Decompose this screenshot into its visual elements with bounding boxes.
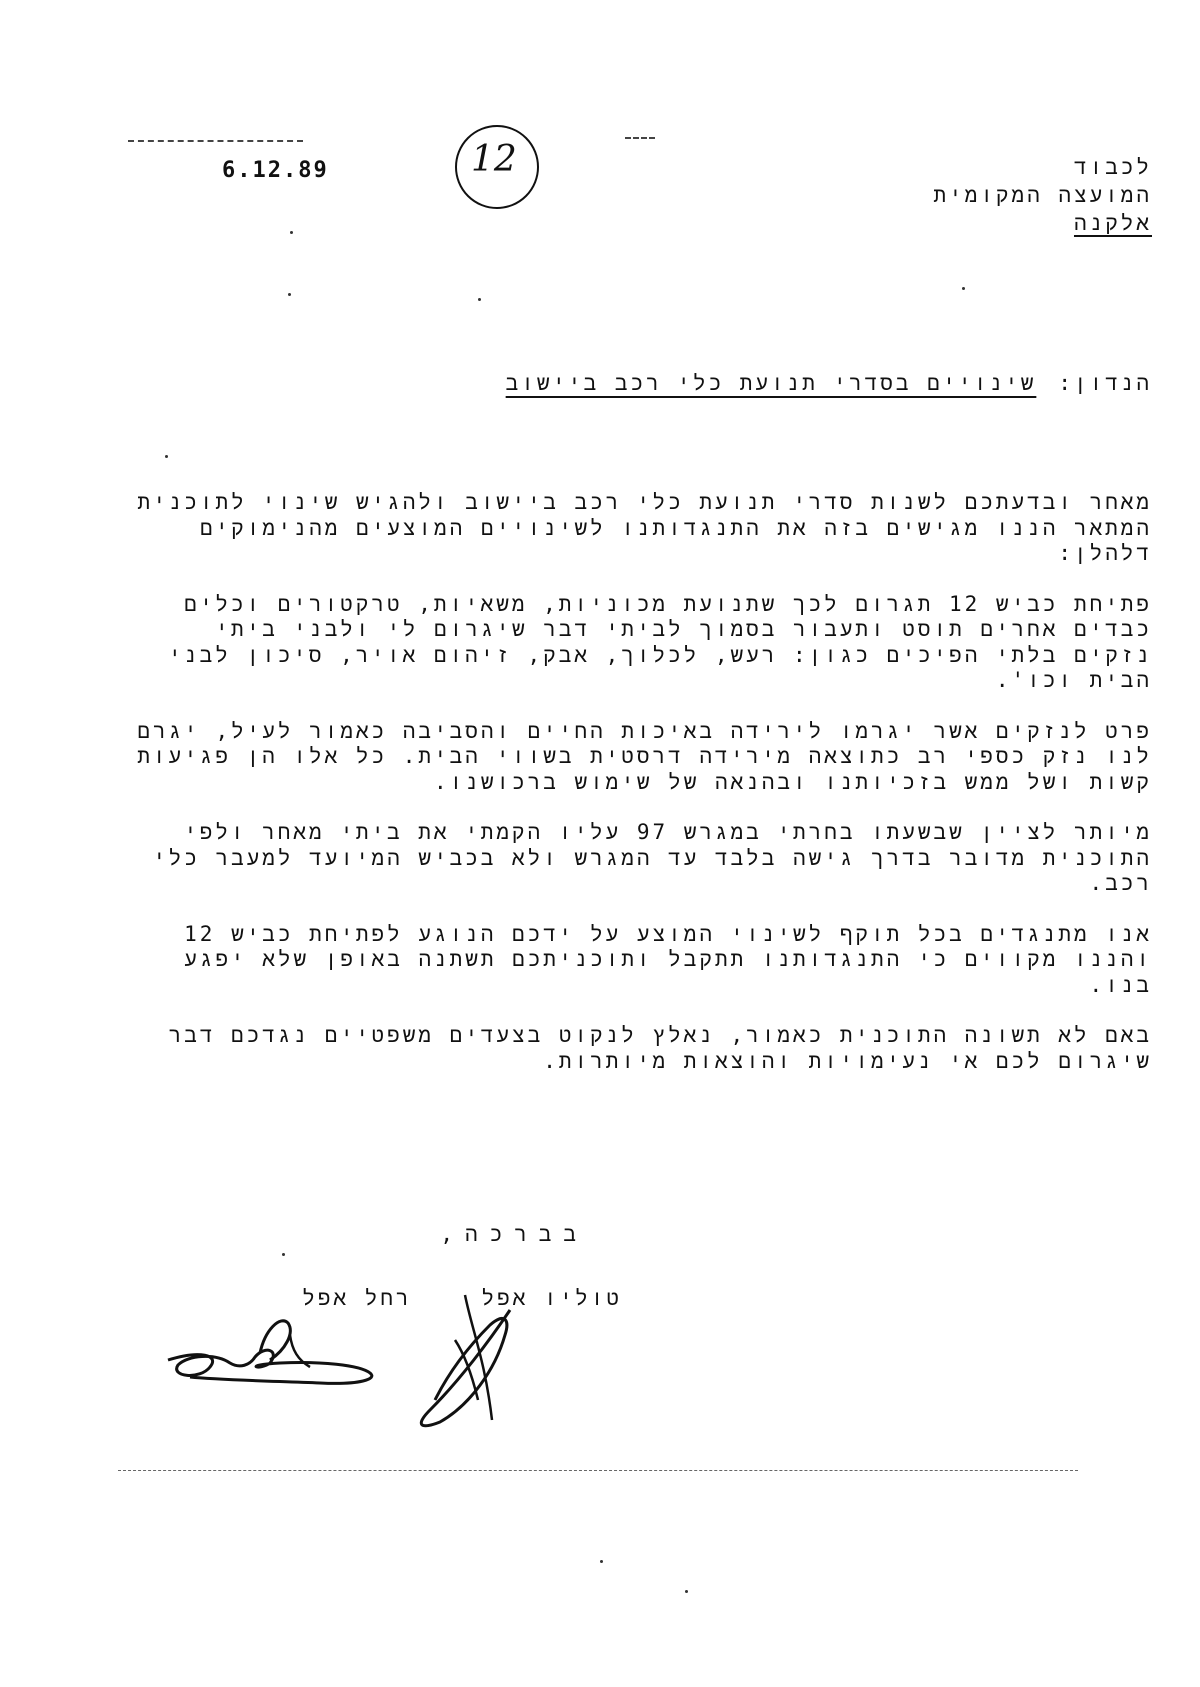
recipient-salutation: לכבוד [934,153,1152,181]
body-line: פרט לנזקים אשר יגרמו לירידה באיכות החיים… [232,719,1152,745]
signature-tulio [410,1290,530,1440]
scan-artifact-line [118,1470,1078,1472]
scan-speck [478,298,481,301]
scan-speck [962,287,965,290]
letter-date: 6.12.89 [222,158,329,183]
paragraph-1: מאחר ובדעתכם לשנות סדרי תנועת כלי רכב בי… [232,490,1152,567]
scan-speck [685,1590,688,1593]
subject-label: הנדון: [1058,371,1152,395]
paragraph-2: פתיחת כביש 12 תגרום לכך שתנועת מכוניות, … [232,592,1152,694]
paragraph-3: פרט לנזקים אשר יגרמו לירידה באיכות החיים… [232,719,1152,796]
body-line: נזקים בלתי הפיכים כגון: רעש, לכלוך, אבק,… [232,643,1152,669]
letter-body: מאחר ובדעתכם לשנות סדרי תנועת כלי רכב בי… [232,490,1152,1099]
scan-artifact-line [625,137,655,140]
closing-greeting: בברכה, [440,1222,588,1248]
body-line: רכב. [232,871,1152,897]
body-line: מיותר לציין שבשעתו בחרתי במגרש 97 עליו ה… [232,820,1152,846]
body-line: אנו מתנגדים בכל תוקף לשינוי המוצע על ידכ… [232,922,1152,948]
scan-speck [165,455,168,458]
subject-line: הנדון:שינויים בסדרי תנועת כלי רכב ביישוב [506,371,1152,397]
body-line: לנו נזק כספי רב כתוצאה מירידה דרסטית בשו… [232,744,1152,770]
body-line: המתאר הננו מגישים בזה את התנגדותנו לשינו… [232,516,1152,542]
subject-text: שינויים בסדרי תנועת כלי רכב ביישוב [506,371,1037,395]
body-line: בנו. [232,973,1152,999]
body-line: כבדים אחרים תוסט ותעבור בסמוך לביתי דבר … [232,617,1152,643]
scan-artifact-line [128,140,303,143]
scan-speck [290,231,293,234]
paragraph-6: באם לא תשונה התוכנית כאמור, נאלץ לנקוט ב… [232,1023,1152,1074]
signature-rachel [160,1305,390,1395]
body-line: מאחר ובדעתכם לשנות סדרי תנועת כלי רכב בי… [232,490,1152,516]
page-number-text: 12 [471,139,517,180]
handwritten-page-number: 12 [455,125,539,209]
body-line: הבית וכו'. [232,668,1152,694]
scan-speck [288,293,291,296]
recipient-block: לכבוד המועצה המקומית אלקנה [934,153,1152,237]
body-line: והננו מקווים כי התנגדותנו תתקבל ותוכניתכ… [232,947,1152,973]
recipient-locality: אלקנה [934,209,1152,237]
scan-speck [600,1560,603,1563]
body-line: באם לא תשונה התוכנית כאמור, נאלץ לנקוט ב… [232,1023,1152,1049]
recipient-organization: המועצה המקומית [934,181,1152,209]
body-line: קשות ושל ממש בזכיותנו ובהנאה של שימוש בר… [232,770,1152,796]
body-line: דלהלן: [232,541,1152,567]
body-line: פתיחת כביש 12 תגרום לכך שתנועת מכוניות, … [232,592,1152,618]
paragraph-5: אנו מתנגדים בכל תוקף לשינוי המוצע על ידכ… [232,922,1152,999]
body-line: התוכנית מדובר בדרך גישה בלבד עד המגרש ול… [232,846,1152,872]
body-line: שיגרום לכם אי נעימויות והוצאות מיותרות. [232,1049,1152,1075]
scan-speck [282,1253,285,1256]
paragraph-4: מיותר לציין שבשעתו בחרתי במגרש 97 עליו ה… [232,820,1152,897]
